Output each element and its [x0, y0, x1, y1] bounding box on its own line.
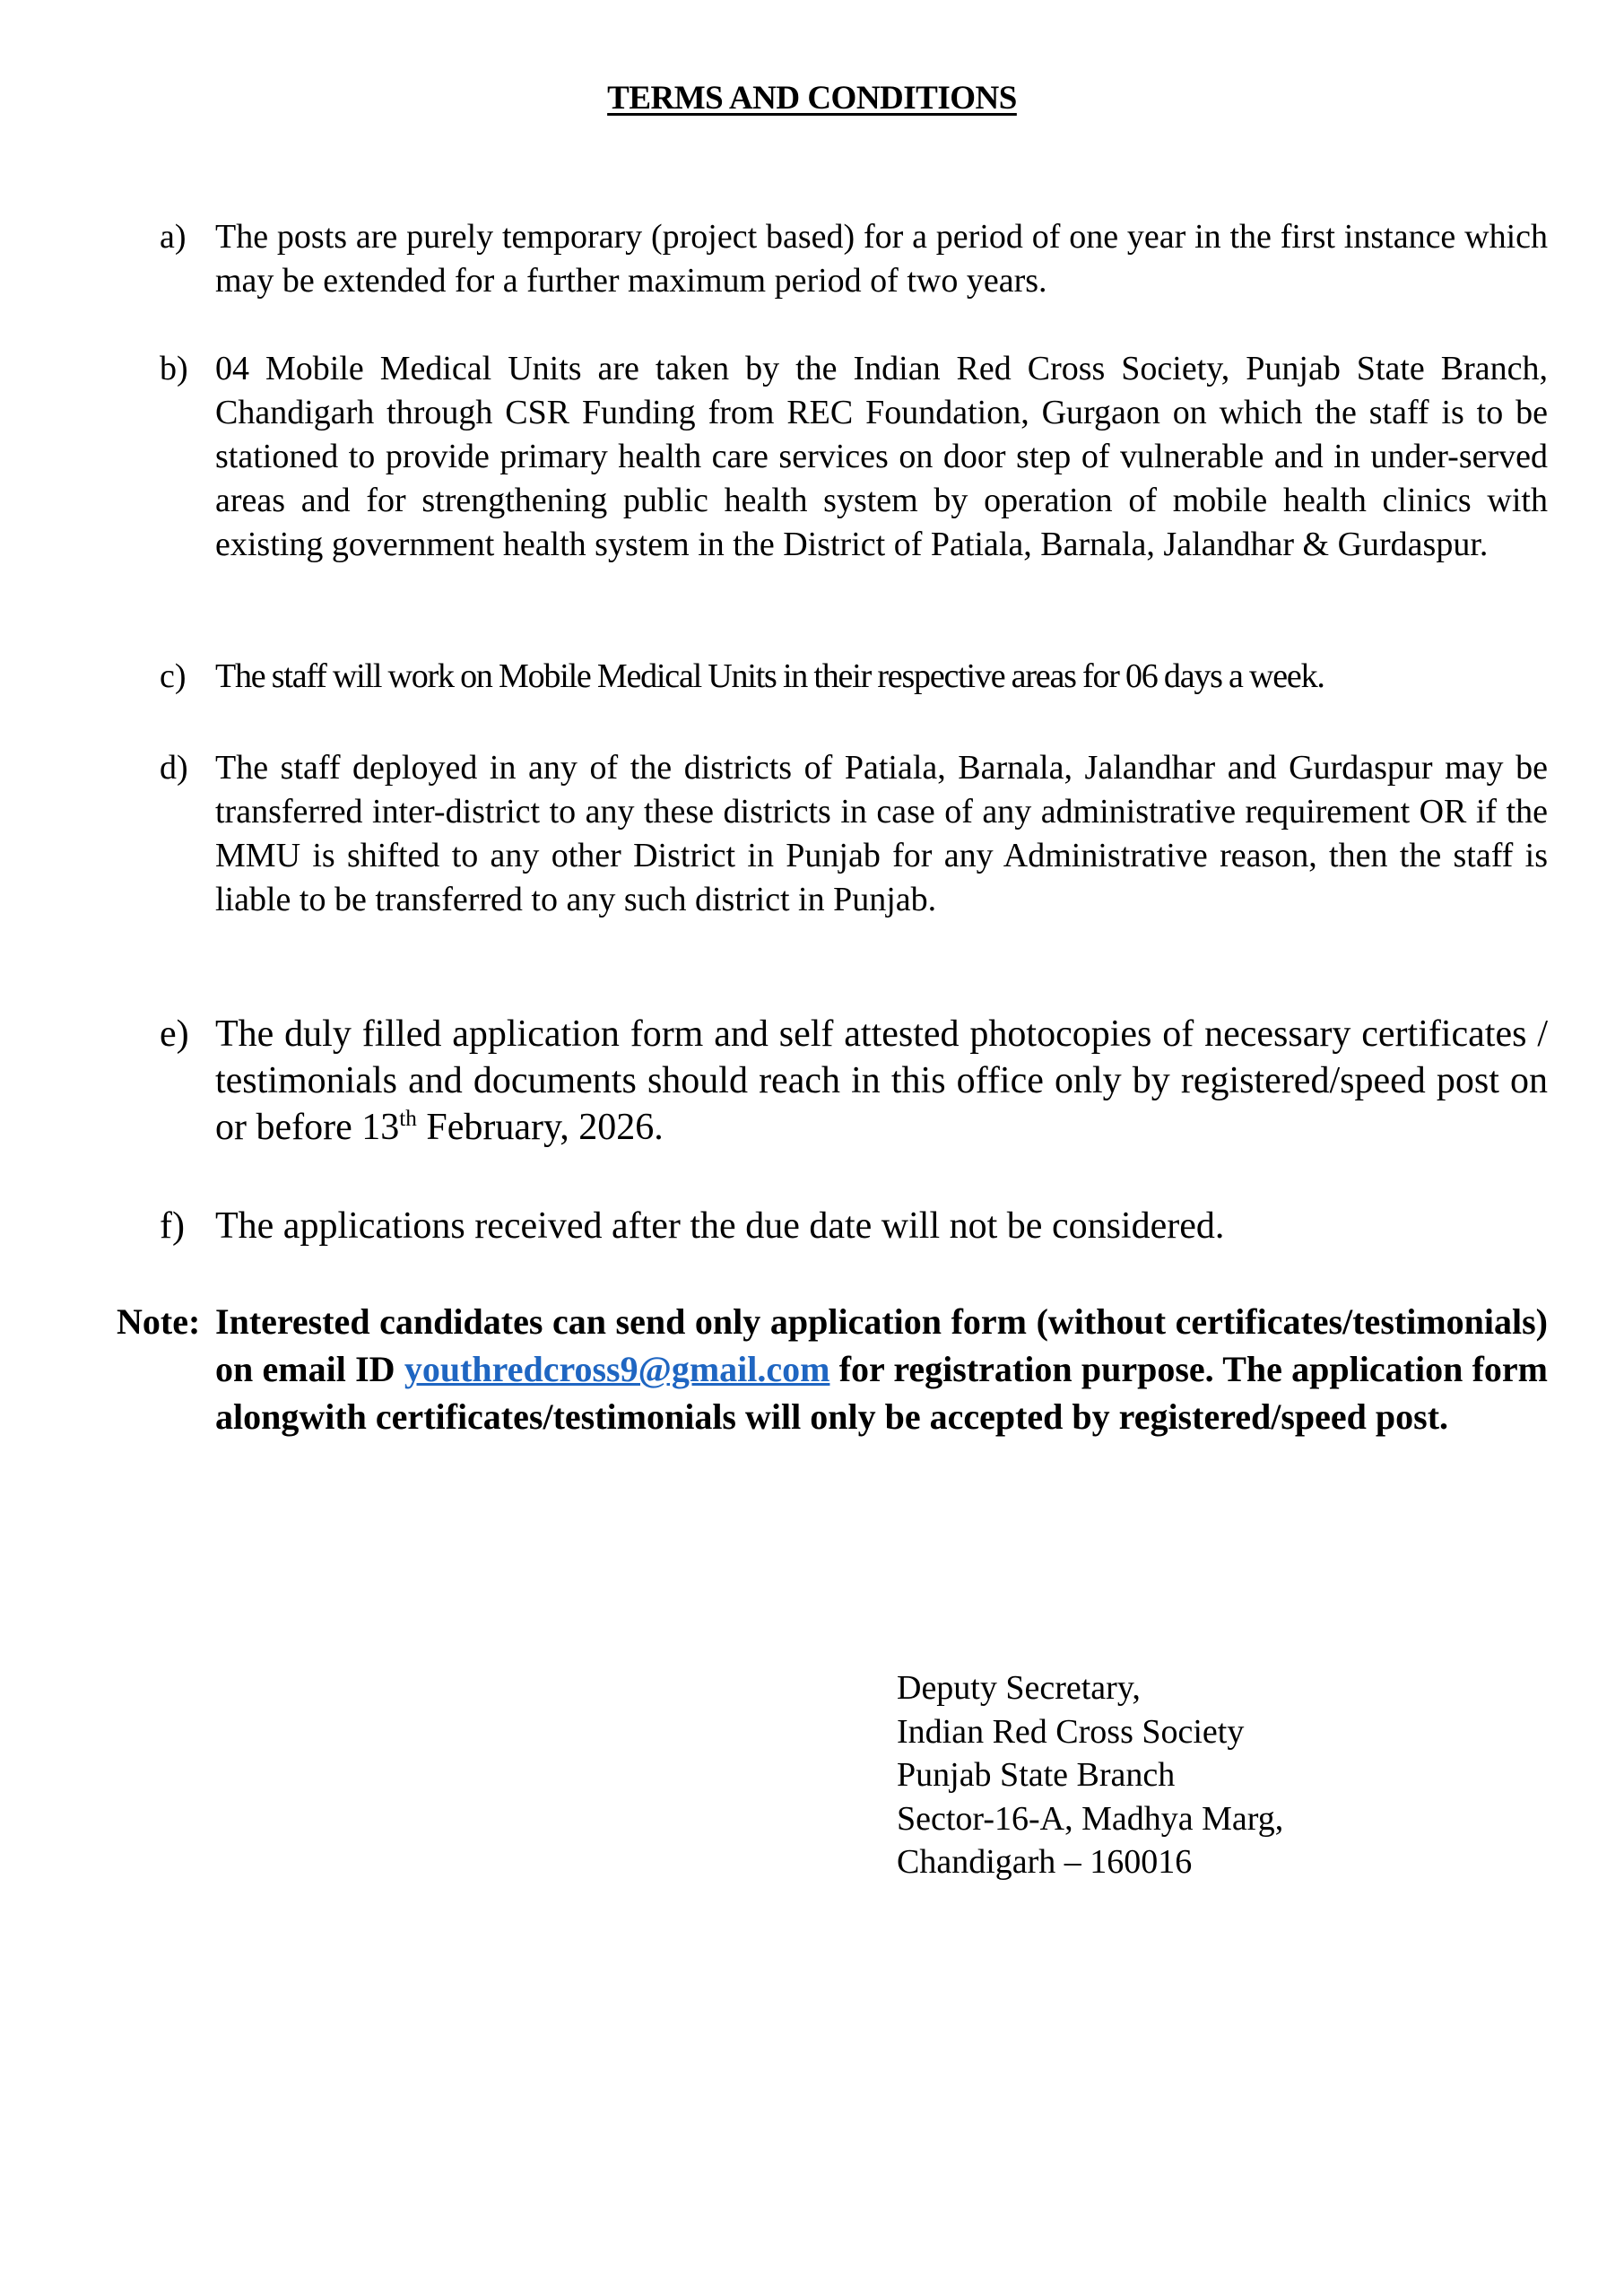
city-pincode: Chandigarh – 160016	[897, 1840, 1283, 1884]
condition-d: d) The staff deployed in any of the dist…	[160, 746, 1548, 922]
condition-text: 04 Mobile Medical Units are taken by the…	[215, 347, 1548, 567]
condition-label: f)	[160, 1203, 185, 1249]
branch-name: Punjab State Branch	[897, 1753, 1283, 1797]
condition-text: The staff will work on Mobile Medical Un…	[215, 655, 1548, 699]
condition-a: a) The posts are purely temporary (proje…	[160, 215, 1548, 303]
condition-c: c) The staff will work on Mobile Medical…	[160, 655, 1548, 699]
note-text: Interested candidates can send only appl…	[215, 1298, 1548, 1440]
condition-label: c)	[160, 655, 187, 699]
condition-e: e) The duly filled application form and …	[160, 1011, 1548, 1151]
condition-text: The posts are purely temporary (project …	[215, 215, 1548, 303]
condition-label: b)	[160, 347, 188, 391]
condition-text-part: February, 2026.	[417, 1107, 664, 1148]
signatory-designation: Deputy Secretary,	[897, 1666, 1283, 1710]
condition-label: e)	[160, 1011, 189, 1057]
date-superscript: th	[399, 1107, 417, 1131]
condition-label: d)	[160, 746, 188, 790]
note-paragraph: Note: Interested candidates can send onl…	[117, 1298, 1548, 1440]
note-label: Note:	[117, 1298, 200, 1345]
organization-name: Indian Red Cross Society	[897, 1710, 1283, 1754]
address-line: Sector-16-A, Madhya Marg,	[897, 1797, 1283, 1841]
condition-text: The duly filled application form and sel…	[215, 1011, 1548, 1151]
condition-text: The staff deployed in any of the distric…	[215, 746, 1548, 922]
page-title: TERMS AND CONDITIONS	[0, 79, 1624, 117]
condition-f: f) The applications received after the d…	[160, 1203, 1548, 1249]
condition-b: b) 04 Mobile Medical Units are taken by …	[160, 347, 1548, 567]
email-link[interactable]: youthredcross9@gmail.com	[404, 1349, 830, 1389]
condition-label: a)	[160, 215, 187, 259]
signature-block: Deputy Secretary, Indian Red Cross Socie…	[897, 1666, 1283, 1884]
condition-text: The applications received after the due …	[215, 1203, 1548, 1249]
